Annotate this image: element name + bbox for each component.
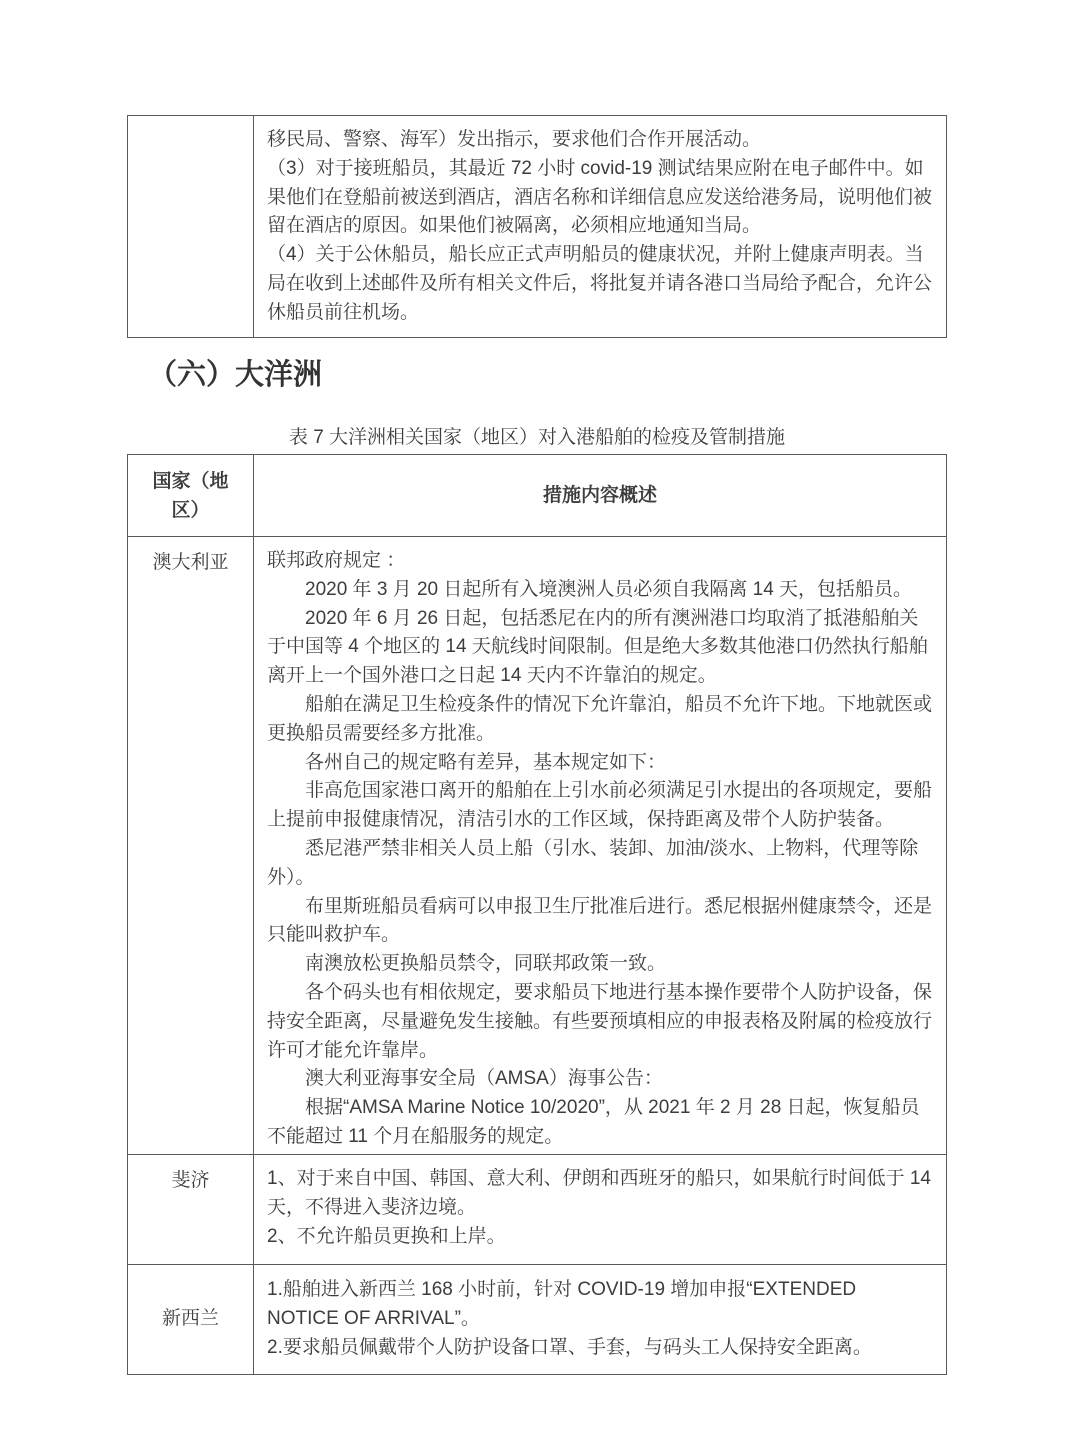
country-column-header: 国家（地区） — [128, 455, 254, 536]
section-heading: （六）大洋洲 — [148, 354, 322, 396]
paragraph: （3）对于接班船员，其最近 72 小时 covid-19 测试结果应附在电子邮件… — [267, 155, 932, 241]
paragraph: 2.要求船员佩戴带个人防护设备口罩、手套，与码头工人保持安全距离。 — [267, 1334, 932, 1363]
measures-cell-new-zealand: 1.船舶进入新西兰 168 小时前，针对 COVID-19 增加申报“EXTEN… — [254, 1265, 946, 1374]
continuation-country-cell — [128, 116, 254, 337]
table-caption: 表 7 大洋洲相关国家（地区）对入港船舶的检疫及管制措施 — [127, 425, 947, 451]
paragraph: 2020 年 6 月 26 日起，包括悉尼在内的所有澳洲港口均取消了抵港船舶关于… — [267, 605, 932, 691]
continuation-table: 移民局、警察、海军）发出指示，要求他们合作开展活动。（3）对于接班船员，其最近 … — [127, 115, 947, 338]
paragraph: 2020 年 3 月 20 日起所有入境澳洲人员必须自我隔离 14 天，包括船员… — [267, 576, 932, 605]
country-label-new-zealand: 新西兰 — [128, 1265, 254, 1374]
paragraph: 船舶在满足卫生检疫条件的情况下允许靠泊，船员不允许下地。下地就医或更换船员需要经… — [267, 691, 932, 749]
continuation-measures-cell: 移民局、警察、海军）发出指示，要求他们合作开展活动。（3）对于接班船员，其最近 … — [254, 116, 946, 337]
paragraph: 非高危国家港口离开的船舶在上引水前必须满足引水提出的各项规定，要船上提前申报健康… — [267, 777, 932, 835]
paragraph: 2、不允许船员更换和上岸。 — [267, 1223, 932, 1252]
table-row-fiji: 斐济 1、对于来自中国、韩国、意大利、伊朗和西班牙的船只，如果航行时间低于 14… — [128, 1154, 946, 1264]
table-row-new-zealand: 新西兰 1.船舶进入新西兰 168 小时前，针对 COVID-19 增加申报“E… — [128, 1264, 946, 1374]
country-label-australia: 澳大利亚 — [128, 537, 254, 1154]
measures-cell-fiji: 1、对于来自中国、韩国、意大利、伊朗和西班牙的船只，如果航行时间低于 14 天，… — [254, 1155, 946, 1264]
measures-column-header: 措施内容概述 — [254, 455, 946, 536]
paragraph: 1、对于来自中国、韩国、意大利、伊朗和西班牙的船只，如果航行时间低于 14 天，… — [267, 1165, 932, 1223]
paragraph: 根据“AMSA Marine Notice 10/2020”，从 2021 年 … — [267, 1094, 932, 1152]
paragraph: 各个码头也有相依规定，要求船员下地进行基本操作要带个人防护设备，保持安全距离，尽… — [267, 979, 932, 1065]
measures-table: 国家（地区） 措施内容概述 澳大利亚 联邦政府规定 ：2020 年 3 月 20… — [127, 454, 947, 1375]
table-row-australia: 澳大利亚 联邦政府规定 ：2020 年 3 月 20 日起所有入境澳洲人员必须自… — [128, 536, 946, 1154]
document-page: 移民局、警察、海军）发出指示，要求他们合作开展活动。（3）对于接班船员，其最近 … — [0, 0, 1080, 1440]
table-header-row: 国家（地区） 措施内容概述 — [128, 455, 946, 536]
paragraph: 澳大利亚海事安全局（AMSA）海事公告： — [267, 1065, 932, 1094]
paragraph: 悉尼港严禁非相关人员上船（引水、装卸、加油/淡水、上物料，代理等除外）。 — [267, 835, 932, 893]
paragraph: 布里斯班船员看病可以申报卫生厅批准后进行。悉尼根据州健康禁令，还是只能叫救护车。 — [267, 893, 932, 951]
paragraph: （4）关于公休船员，船长应正式声明船员的健康状况，并附上健康声明表。当局在收到上… — [267, 241, 932, 327]
paragraph: 各州自己的规定略有差异，基本规定如下： — [267, 749, 932, 778]
paragraph: 1.船舶进入新西兰 168 小时前，针对 COVID-19 增加申报“EXTEN… — [267, 1276, 932, 1334]
measures-cell-australia: 联邦政府规定 ：2020 年 3 月 20 日起所有入境澳洲人员必须自我隔离 1… — [254, 537, 946, 1154]
paragraph: 联邦政府规定 ： — [267, 547, 932, 576]
continuation-table-row: 移民局、警察、海军）发出指示，要求他们合作开展活动。（3）对于接班船员，其最近 … — [128, 116, 946, 337]
paragraph: 移民局、警察、海军）发出指示，要求他们合作开展活动。 — [267, 126, 932, 155]
country-label-fiji: 斐济 — [128, 1155, 254, 1264]
paragraph: 南澳放松更换船员禁令，同联邦政策一致。 — [267, 950, 932, 979]
